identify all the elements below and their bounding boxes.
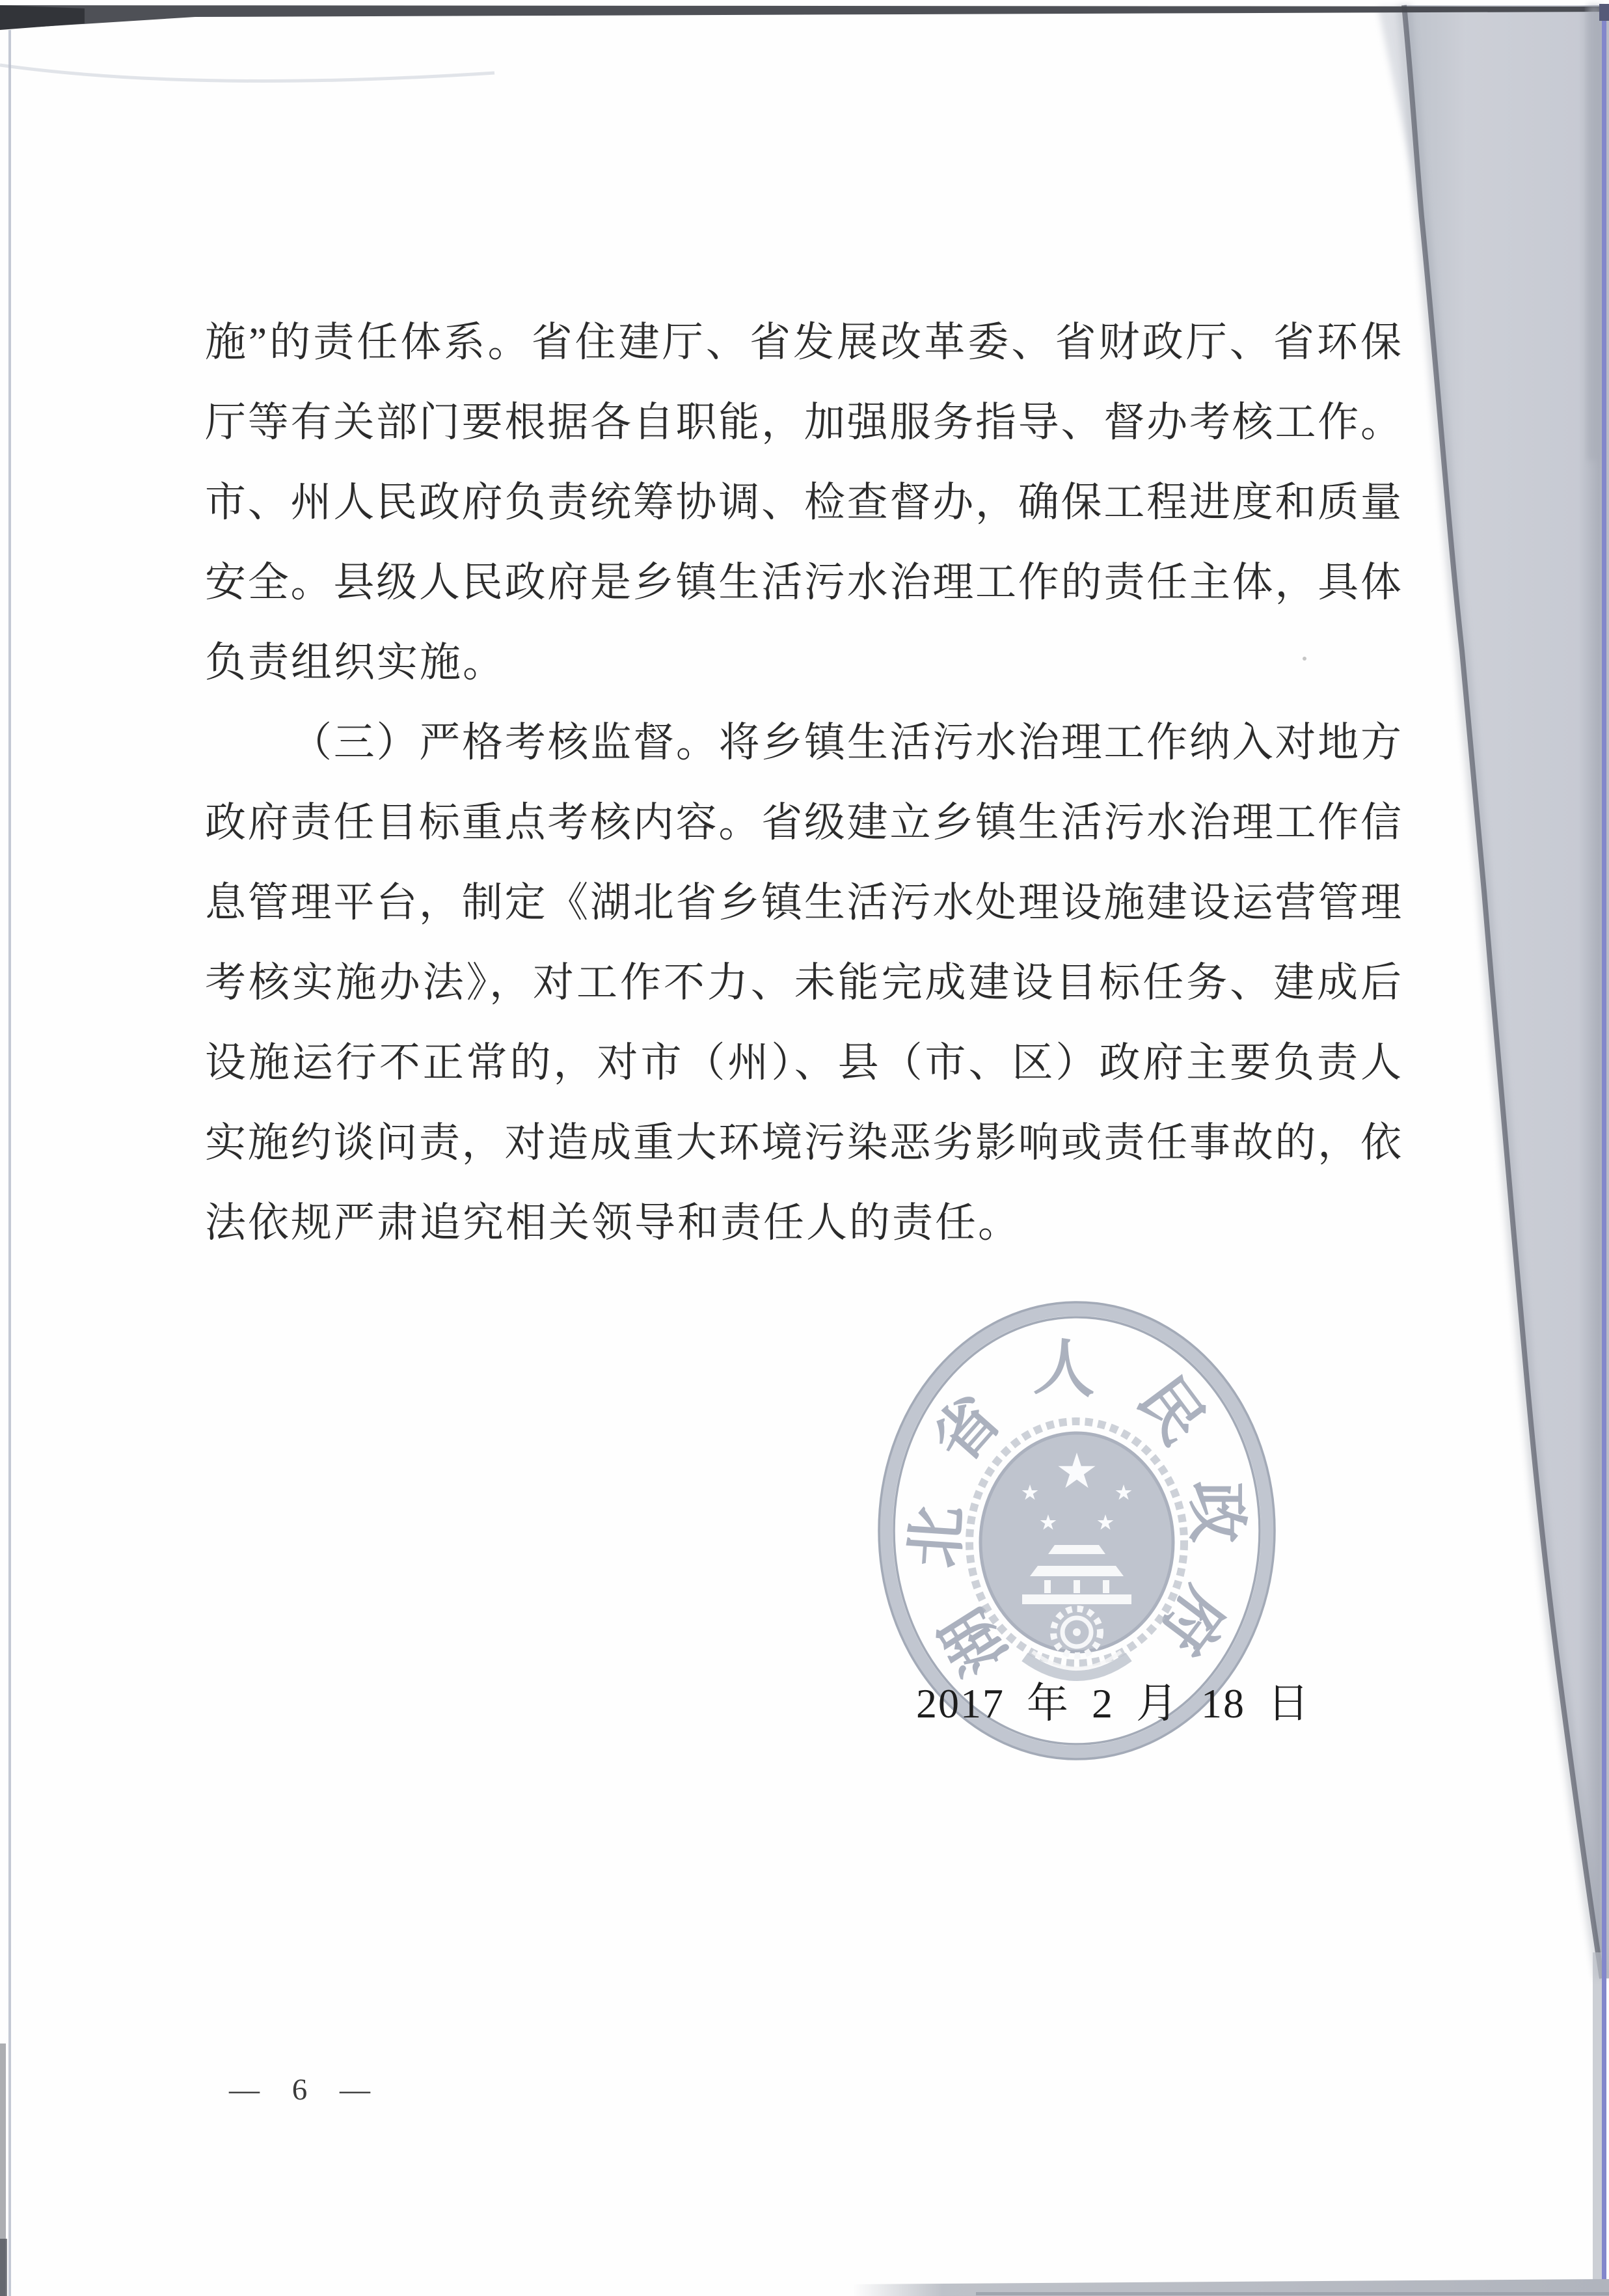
top-left-edge-cap [0,5,85,30]
right-edge-line [1602,4,1606,2296]
text-line: 施”的责任体系。省住建厅、省发展改革委、省财政厅、省环保 [205,301,1402,384]
text-line: 法依规严肃追究相关领导和责任人的责任。 [205,1182,1402,1264]
top-edge-line [0,5,1609,29]
top-left-faint-curve [0,65,494,81]
left-edge-line [8,30,11,2296]
fold-soft-shadow [1378,8,1422,221]
text-line-section-heading: （三）严格考核监督。将乡镇生活污水治理工作纳入对地方 [205,702,1402,784]
text-line: 厅等有关部门要根据各自职能，加强服务指导、督办考核工作。 [205,381,1402,464]
text-line: 实施约谈问责，对造成重大环境污染恶劣影响或责任事故的，依 [205,1102,1402,1184]
text-line: 政府责任目标重点考核内容。省级建立乡镇生活污水治理工作信 [205,782,1402,864]
bottom-edge-dark-line [976,2292,1609,2295]
text-line: 设施运行不正常的，对市（州）、县（市、区）政府主要负责人 [205,1022,1402,1104]
right-edge-top-corner [1599,4,1609,21]
right-edge-dark-column [1588,5,1602,461]
text-line: 息管理平台，制定《湖北省乡镇生活污水处理设施建设运营管理 [205,862,1402,944]
fold-line [1404,5,1602,1978]
bottom-edge-band [852,2279,1609,2296]
text-line: 考核实施办法》，对工作不力、未能完成建设目标任务、建成后 [205,942,1402,1024]
document-date: 2017 年 2 月 18 日 [916,1678,1310,1730]
right-page-shadow [1404,5,1609,1978]
text-line: 市、州人民政府负责统筹协调、检查督办，确保工程进度和质量 [205,461,1402,544]
text-line: 安全。县级人民政府是乡镇生活污水治理工作的责任主体，具体 [205,541,1402,624]
fold-line-soft [1404,5,1602,1978]
scanned-document-page: 施”的责任体系。省住建厅、省发展改革委、省财政厅、省环保 厅等有关部门要根据各自… [0,0,1609,2296]
left-edge-bottom-dark [0,2043,6,2296]
right-edge-lower-gray [1593,1952,1602,2296]
text-line: 负责组织实施。 [205,622,1402,704]
page-number: — 6 — [229,2071,379,2109]
left-edge-bottom-corner [0,2239,7,2296]
